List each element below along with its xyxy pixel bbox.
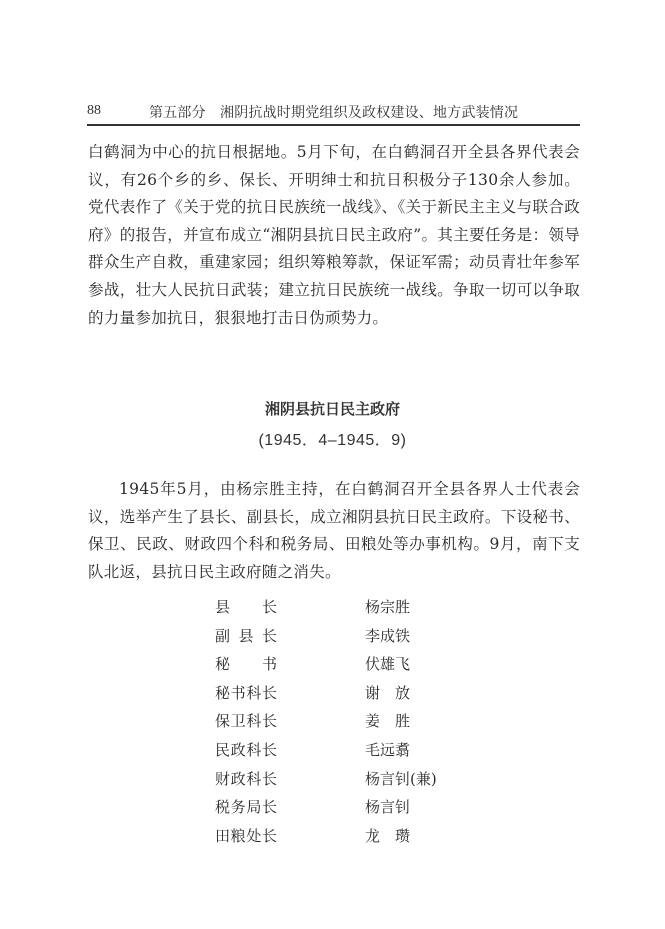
position-title: 保卫科长: [215, 710, 277, 731]
position-char: 务: [231, 796, 246, 817]
position-title: 秘书科长: [215, 682, 277, 703]
official-name: 姜 胜: [365, 710, 410, 731]
position-char: 秘: [215, 682, 230, 703]
position-char: 保: [215, 710, 230, 731]
position-title: 民政科长: [215, 739, 277, 760]
official-name: 毛远翥: [365, 739, 410, 760]
position-title: 财政科长: [215, 768, 277, 789]
position-char: 局: [246, 796, 261, 817]
roster-row: 县长杨宗胜: [215, 596, 475, 625]
position-char: 县: [238, 625, 253, 646]
official-name: 杨宗胜: [365, 596, 410, 617]
section-date-range: (1945．4–1945．9): [0, 427, 665, 450]
roster-row: 民政科长毛远翥: [215, 739, 475, 768]
position-char: 书: [262, 653, 277, 674]
position-char: 长: [262, 825, 277, 846]
position-char: 卫: [231, 710, 246, 731]
position-char: 科: [246, 710, 261, 731]
official-name: 杨言钊: [365, 796, 410, 817]
position-char: 长: [262, 796, 277, 817]
position-char: 长: [262, 682, 277, 703]
position-char: 科: [246, 739, 261, 760]
official-name: 伏雄飞: [365, 653, 410, 674]
position-char: 长: [262, 710, 277, 731]
roster-row: 税务局长杨言钊: [215, 796, 475, 825]
position-char: 政: [231, 739, 246, 760]
position-char: 副: [215, 625, 230, 646]
position-char: 税: [215, 796, 230, 817]
position-char: 书: [231, 682, 246, 703]
body-paragraph-2: 1945年5月，由杨宗胜主持，在白鹤洞召开全县各界人士代表会议，选举产生了县长、…: [88, 476, 580, 586]
running-header: 88 第五部分 湘阴抗战时期党组织及政权建设、地方武装情况: [87, 101, 580, 123]
position-char: 长: [262, 768, 277, 789]
position-title: 田粮处长: [215, 825, 277, 846]
position-char: 田: [215, 825, 230, 846]
officials-roster: 县长杨宗胜副县长李成铁秘书伏雄飞秘书科长谢 放保卫科长姜 胜民政科长毛远翥财政科…: [215, 596, 475, 853]
position-title: 秘书: [215, 653, 277, 674]
position-char: 县: [215, 596, 230, 617]
position-char: 财: [215, 768, 230, 789]
roster-row: 财政科长杨言钊(兼): [215, 768, 475, 797]
roster-row: 保卫科长姜 胜: [215, 710, 475, 739]
position-char: 长: [262, 739, 277, 760]
position-char: 长: [262, 596, 277, 617]
position-title: 副县长: [215, 625, 277, 646]
header-rule: [87, 124, 580, 126]
position-char: 处: [246, 825, 261, 846]
position-title: 税务局长: [215, 796, 277, 817]
section-title: 湘阴县抗日民主政府: [0, 398, 665, 419]
official-name: 李成铁: [365, 625, 410, 646]
page-number: 88: [87, 103, 101, 119]
position-char: 秘: [215, 653, 230, 674]
position-char: 科: [246, 768, 261, 789]
body-paragraph-1: 白鹤洞为中心的抗日根据地。5月下旬，在白鹤洞召开全县各界代表会议，有26个乡的乡…: [88, 139, 580, 332]
official-name: 龙 瓒: [365, 825, 410, 846]
position-char: 长: [262, 625, 277, 646]
roster-row: 田粮处长龙 瓒: [215, 825, 475, 854]
position-char: 粮: [231, 825, 246, 846]
roster-row: 秘书伏雄飞: [215, 653, 475, 682]
official-name: 谢 放: [365, 682, 410, 703]
position-title: 县长: [215, 596, 277, 617]
running-title: 第五部分 湘阴抗战时期党组织及政权建设、地方武装情况: [149, 102, 518, 122]
official-name: 杨言钊(兼): [365, 768, 437, 789]
position-char: 科: [246, 682, 261, 703]
roster-row: 秘书科长谢 放: [215, 682, 475, 711]
position-char: 民: [215, 739, 230, 760]
roster-row: 副县长李成铁: [215, 625, 475, 654]
position-char: 政: [231, 768, 246, 789]
